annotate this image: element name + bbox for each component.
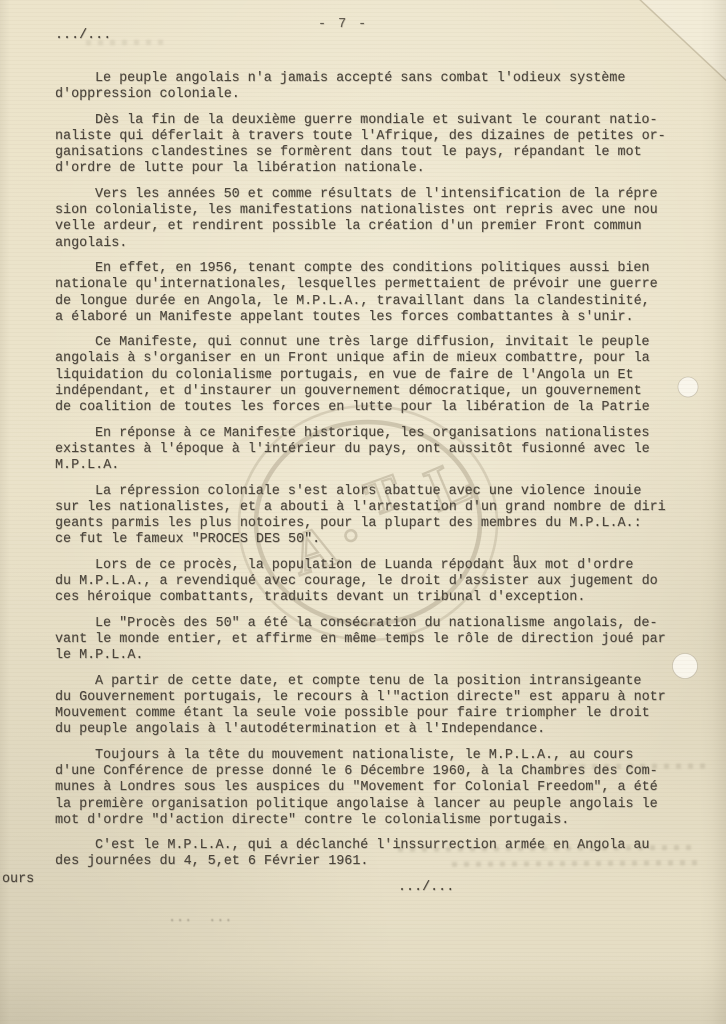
text-line: d'une Conférence de presse donné le 6 Dé…: [55, 764, 720, 780]
paragraph: Le peuple angolais n'a jamais accepté sa…: [55, 71, 720, 104]
paragraph: Toujours à la tête du mouvement national…: [55, 748, 720, 829]
text-line: Ce Manifeste, qui connut une très large …: [55, 335, 720, 351]
faint-typed-dots: ... ...: [168, 911, 232, 926]
text-line: Lors de ce procès, la population de Luan…: [55, 558, 720, 574]
margin-text-fragment: ours: [2, 872, 34, 887]
text-line: d'ordre de lutte pour la libération nati…: [55, 161, 720, 177]
text-line: la première organisation politique angol…: [55, 797, 720, 813]
text-line: du peuple angolais à l'autodétermination…: [55, 722, 720, 738]
paragraph: En réponse à ce Manifeste historique, le…: [55, 426, 720, 475]
text-line: vant le monde entier, et affirme en même…: [55, 632, 720, 648]
text-segment: dant aux mot d'ordre: [473, 558, 634, 573]
text-line: ganisations clandestines se formèrent da…: [55, 145, 720, 161]
paragraph: Le "Procès des 50" a été la consécration…: [55, 616, 720, 665]
text-line: munes à Londres sous les auspices du "Mo…: [55, 780, 720, 796]
text-line: ce fut le fameux "PROCES DES 50".: [55, 532, 720, 548]
text-line: sur les nationalistes, et a abouti à l'a…: [55, 500, 720, 516]
text-line: ces héroique combattants, traduits devan…: [55, 590, 720, 606]
text-line: C'est le M.P.L.A., qui a déclanché l'ins…: [55, 838, 720, 854]
text-line: liquidation du colonialisme portugais, e…: [55, 368, 720, 384]
text-line: angolais.: [55, 236, 720, 252]
text-line: En réponse à ce Manifeste historique, le…: [55, 426, 720, 442]
text-line: Vers les années 50 et comme résultats de…: [55, 187, 720, 203]
paragraph: Ce Manifeste, qui connut une très large …: [55, 335, 720, 416]
continuation-mark-top: .../...: [55, 28, 111, 43]
text-line: geants parmis les plus notoires, pour la…: [55, 516, 720, 532]
text-line: sion colonialiste, les manifestations na…: [55, 203, 720, 219]
paragraph: A partir de cette date, et compte tenu d…: [55, 674, 720, 739]
text-line: a élaboré un Manifeste appelant toutes l…: [55, 310, 720, 326]
text-line: indépendant, et d'instaurer un gouvernem…: [55, 384, 720, 400]
continuation-mark-bottom: .../...: [398, 880, 454, 895]
text-line: du Gouvernement portugais, le recours à …: [55, 690, 720, 706]
text-line: La répression coloniale s'est alors abat…: [55, 484, 720, 500]
page-number: - 7 -: [318, 17, 368, 32]
text-line: A partir de cette date, et compte tenu d…: [55, 674, 720, 690]
text-line: Le peuple angolais n'a jamais accepté sa…: [55, 71, 720, 87]
text-line: le M.P.L.A.: [55, 648, 720, 664]
text-line: angolais à s'organiser en un Front uniqu…: [55, 351, 720, 367]
text-line: d'oppression coloniale.: [55, 87, 720, 103]
document-body: Le peuple angolais n'a jamais accepté sa…: [55, 71, 720, 880]
text-line: Mouvement comme étant la seule voie poss…: [55, 706, 720, 722]
text-segment: Lors de ce procès, la population de Luan…: [95, 558, 473, 573]
text-line: Dès la fin de la deuxième guerre mondial…: [55, 113, 720, 129]
text-line: existantes à l'époque à l'intérieur du p…: [55, 442, 720, 458]
scanned-document-page: A . T L .../... - 7 - Le peuple angolais…: [0, 0, 726, 1024]
text-line: M.P.L.A.: [55, 458, 720, 474]
text-line: Le "Procès des 50" a été la consécration…: [55, 616, 720, 632]
text-line: nationale qu'internationales, lesquelles…: [55, 277, 720, 293]
text-line: mot d'ordre "d'action directe" contre le…: [55, 813, 720, 829]
text-line: de coalition de toutes les forces en lut…: [55, 400, 720, 416]
text-line: Toujours à la tête du mouvement national…: [55, 748, 720, 764]
paragraph: La répression coloniale s'est alors abat…: [55, 484, 720, 549]
paragraph: C'est le M.P.L.A., qui a déclanché l'ins…: [55, 838, 720, 871]
text-line: velle ardeur, et rendirent possible la c…: [55, 219, 720, 235]
paragraph: Vers les années 50 et comme résultats de…: [55, 187, 720, 252]
paragraph: Dès la fin de la deuxième guerre mondial…: [55, 113, 720, 178]
paragraph: En effet, en 1956, tenant compte des con…: [55, 261, 720, 326]
text-line: de longue durée en Angola, le M.P.L.A., …: [55, 294, 720, 310]
text-line: En effet, en 1956, tenant compte des con…: [55, 261, 720, 277]
text-line: des journées du 4, 5,et 6 Février 1961.: [55, 854, 720, 870]
text-line: du M.P.L.A., a revendiqué avec courage, …: [55, 574, 720, 590]
text-line: naliste qui déferlait à travers toute l'…: [55, 129, 720, 145]
paragraph: Lors de ce procès, la population de Luan…: [55, 558, 720, 607]
